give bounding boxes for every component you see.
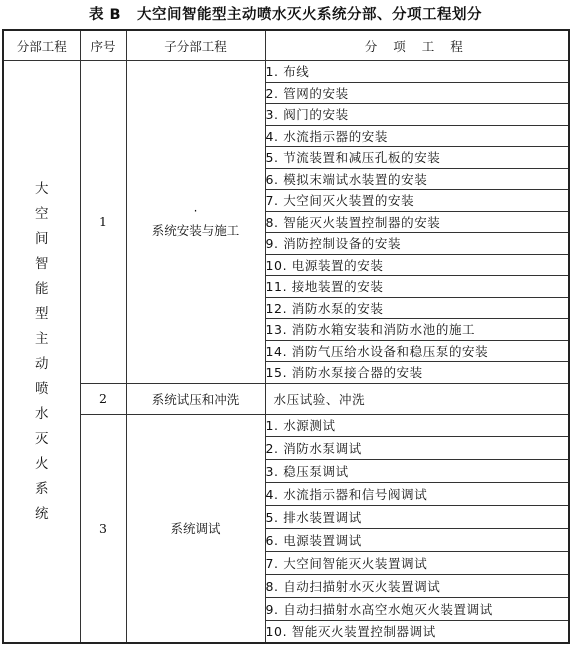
item-cell: 9. 消防控制设备的安装 (265, 233, 569, 255)
item-cell: 1. 布线 (265, 61, 569, 83)
section-number: 3 (80, 414, 126, 643)
item-cell: 6. 模拟末端试水装置的安装 (265, 168, 569, 190)
sub-division-name: 系统安装与施工 (152, 223, 240, 238)
item-cell: 水压试验、冲洗 (265, 383, 569, 414)
item-cell: 2. 管网的安装 (265, 82, 569, 104)
header-division: 分部工程 (3, 30, 80, 61)
item-cell: 13. 消防水箱安装和消防水池的施工 (265, 319, 569, 341)
item-cell: 7. 大空间灭火装置的安装 (265, 190, 569, 212)
item-cell: 9. 自动扫描射水高空水炮灭火装置调试 (265, 597, 569, 620)
item-cell: 11. 接地装置的安装 (265, 276, 569, 298)
item-cell: 2. 消防水泵调试 (265, 437, 569, 460)
item-cell: 10. 电源装置的安装 (265, 254, 569, 276)
sub-division-name: 系统调试 (126, 414, 265, 643)
item-cell: 8. 自动扫描射水灭火装置调试 (265, 574, 569, 597)
table-row: 大空间智能型主动喷水灭火系统 1 · 系统安装与施工 1. 布线 (3, 61, 569, 83)
table-caption: 大空间智能型主动喷水灭火系统分部、分项工程划分 (137, 7, 482, 23)
header-items: 分 项 工 程 (265, 30, 569, 61)
division-table: 分部工程 序号 子分部工程 分 项 工 程 大空间智能型主动喷水灭火系统 1 ·… (2, 29, 570, 644)
item-cell: 7. 大空间智能灭火装置调试 (265, 551, 569, 574)
item-cell: 3. 阀门的安装 (265, 104, 569, 126)
item-cell: 15. 消防水泵接合器的安装 (265, 362, 569, 384)
table-row: 3 系统调试 1. 水源测试 (3, 414, 569, 437)
header-row: 分部工程 序号 子分部工程 分 项 工 程 (3, 30, 569, 61)
item-cell: 10. 智能灭火装置控制器调试 (265, 620, 569, 643)
table-label: 表 B (89, 7, 121, 23)
header-number: 序号 (80, 30, 126, 61)
item-cell: 12. 消防水泵的安装 (265, 297, 569, 319)
sub-division-cell: · 系统安装与施工 (126, 61, 265, 384)
section-number: 1 (80, 61, 126, 384)
item-cell: 3. 稳压泵调试 (265, 460, 569, 483)
item-cell: 8. 智能灭火装置控制器的安装 (265, 211, 569, 233)
stray-mark: · (127, 205, 265, 217)
item-cell: 5. 排水装置调试 (265, 506, 569, 529)
division-name: 大空间智能型主动喷水灭火系统 (35, 177, 49, 527)
item-cell: 4. 水流指示器的安装 (265, 125, 569, 147)
item-cell: 1. 水源测试 (265, 414, 569, 437)
header-sub-division: 子分部工程 (126, 30, 265, 61)
division-cell: 大空间智能型主动喷水灭火系统 (3, 61, 80, 644)
item-cell: 14. 消防气压给水设备和稳压泵的安装 (265, 340, 569, 362)
item-cell: 6. 电源装置调试 (265, 528, 569, 551)
section-number: 2 (80, 383, 126, 414)
table-title: 表 B大空间智能型主动喷水灭火系统分部、分项工程划分 (0, 4, 571, 26)
item-cell: 4. 水流指示器和信号阀调试 (265, 483, 569, 506)
sub-division-name: 系统试压和冲洗 (126, 383, 265, 414)
table-row: 2 系统试压和冲洗 水压试验、冲洗 (3, 383, 569, 414)
item-cell: 5. 节流装置和减压孔板的安装 (265, 147, 569, 169)
